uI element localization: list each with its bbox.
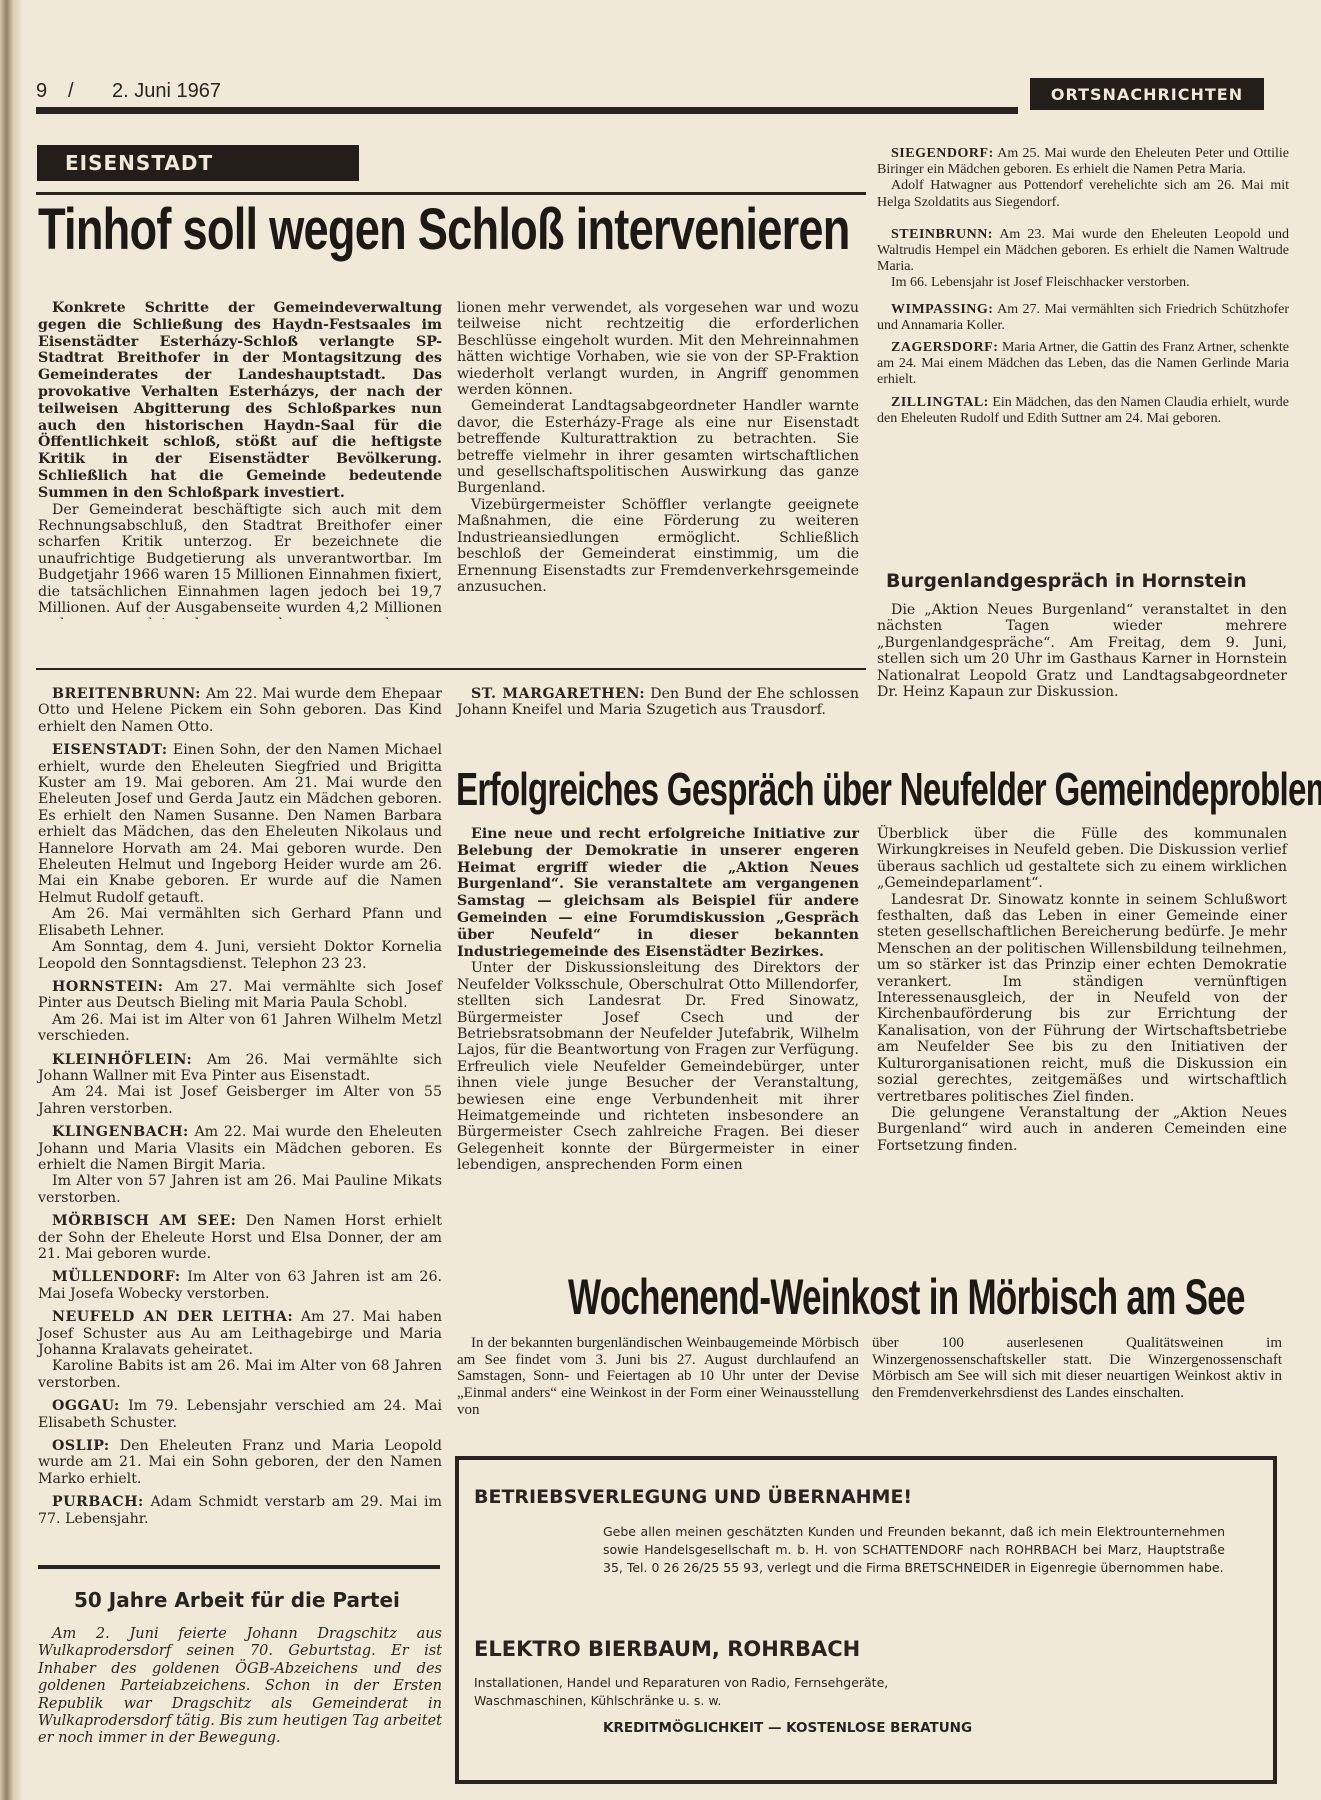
neufeld-paragraph: Landesrat Dr. Sinowatz konnte in seinem …	[877, 892, 1287, 1105]
news-item-st-margarethen: ST. MARGARETHEN: Den Bund der Ehe schlos…	[457, 686, 859, 719]
weinkost-paragraph: In der bekannten burgenländischen Weinba…	[457, 1335, 859, 1419]
header-rule	[36, 107, 1018, 114]
news-item-siegendorf: SIEGENDORF: Am 25. Mai wurde den Eheleut…	[877, 146, 1289, 178]
ad-services-line2: Waschmaschinen, Kühlschränke u. s. w.	[474, 1692, 721, 1710]
issue-date: 2. Juni 1967	[112, 80, 221, 103]
news-item-eisenstadt: EISENSTADT: Einen Sohn, der den Namen Mi…	[38, 742, 442, 906]
news-item-wimpassing: WIMPASSING: Am 27. Mai vermählten sich F…	[877, 302, 1289, 334]
hornstein-article: Die „Aktion Neues Burgenland“ veranstalt…	[877, 602, 1287, 700]
news-item-extra: Im Alter von 57 Jahren ist am 26. Mai Pa…	[38, 1173, 442, 1206]
neufeld-paragraph: Die gelungene Veranstaltung der „Aktion …	[877, 1105, 1287, 1154]
news-item-extra: Am Sonntag, dem 4. Juni, versieht Doktor…	[38, 939, 442, 972]
news-item-extra: Im 66. Lebensjahr ist Josef Fleischhacke…	[877, 275, 1289, 291]
news-item-hornstein: HORNSTEIN: Am 27. Mai vermählte sich Jos…	[38, 979, 442, 1012]
ad-title: BETRIEBSVERLEGUNG UND ÜBERNAHME!	[474, 1486, 912, 1508]
main-headline: Tinhof soll wegen Schloß intervenieren	[38, 196, 850, 263]
neufeld-paragraph: Unter der Diskussionsleitung des Direkto…	[457, 960, 859, 1173]
news-item-muellendorf: MÜLLENDORF: Im Alter von 63 Jahren ist a…	[38, 1269, 442, 1302]
party-article: Am 2. Juni feierte Johann Dragschitz aus…	[38, 1626, 442, 1748]
news-item-purbach: PURBACH: Adam Schmidt verstarb am 29. Ma…	[38, 1494, 442, 1527]
news-item-breitenbrunn: BREITENBRUNN: Am 22. Mai wurde dem Ehepa…	[38, 686, 442, 735]
neufeld-paragraph: Überblick über die Fülle des kommunalen …	[877, 826, 1287, 892]
ad-services-line1: Installationen, Handel und Reparaturen v…	[474, 1674, 888, 1692]
section-label: ORTSNACHRICHTEN	[1030, 78, 1264, 110]
main-article-col1: Konkrete Schritte der Gemeindeverwaltung…	[38, 300, 442, 619]
news-item-steinbrunn: STEINBRUNN: Am 23. Mai wurde den Eheleut…	[877, 227, 1289, 276]
weinkost-paragraph: über 100 auserlesenen Qualitätsweinen im…	[872, 1335, 1282, 1402]
neufeld-headline: Erfolgreiches Gespräch über Neufelder Ge…	[456, 762, 1321, 816]
hornstein-text: Die „Aktion Neues Burgenland“ veranstalt…	[877, 602, 1287, 700]
weinkost-col2: über 100 auserlesenen Qualitätsweinen im…	[872, 1335, 1282, 1402]
neufeld-lead: Eine neue und recht erfolgreiche Initiat…	[457, 826, 859, 960]
news-item-kleinhoeflein: KLEINHÖFLEIN: Am 26. Mai vermählte sich …	[38, 1052, 442, 1085]
page-number: 9	[36, 80, 47, 103]
ad-footer: KREDITMÖGLICHKEIT — KOSTENLOSE BERATUNG	[603, 1720, 972, 1736]
neufeld-article-col1: Eine neue und recht erfolgreiche Initiat…	[457, 826, 859, 1174]
party-headline: 50 Jahre Arbeit für die Partei	[74, 1588, 400, 1612]
news-item-moerbisch: MÖRBISCH AM SEE: Den Namen Horst erhielt…	[38, 1213, 442, 1262]
ad-company-name: ELEKTRO BIERBAUM, ROHRBACH	[474, 1637, 860, 1661]
news-item-extra: Am 24. Mai ist Josef Geisberger im Alter…	[38, 1084, 442, 1117]
news-item-zagersdorf: ZAGERSDORF: Maria Artner, die Gattin des…	[877, 340, 1289, 389]
weinkost-headline: Wochenend-Weinkost in Mörbisch am See	[568, 1268, 1245, 1326]
news-item-oggau: OGGAU: Im 79. Lebensjahr verschied am 24…	[38, 1398, 442, 1431]
news-item-extra: Karoline Babits ist am 26. Mai im Alter …	[38, 1358, 442, 1391]
news-item-zillingtal: ZILLINGTAL: Ein Mädchen, das den Namen C…	[877, 395, 1289, 427]
hornstein-headline: Burgenlandgespräch in Hornstein	[886, 570, 1247, 592]
ad-body: Gebe allen meinen geschätzten Kunden und…	[603, 1523, 1225, 1577]
news-item-extra: Am 26. Mai vermählten sich Gerhard Pfann…	[38, 906, 442, 939]
main-article-paragraph: Vizebürgermeister Schöffler verlangte ge…	[457, 497, 859, 595]
neufeld-article-col2: Überblick über die Fülle des kommunalen …	[877, 826, 1287, 1154]
party-text: Am 2. Juni feierte Johann Dragschitz aus…	[38, 1626, 442, 1748]
headline-rule	[36, 192, 866, 195]
section-rule	[38, 1565, 440, 1569]
city-tag: EISENSTADT	[37, 145, 359, 181]
news-item-oslip: OSLIP: Den Eheleuten Franz und Maria Leo…	[38, 1438, 442, 1487]
main-article-paragraph: Gemeinderat Landtagsabgeordneter Handler…	[457, 398, 859, 496]
weinkost-col1: In der bekannten burgenländischen Weinba…	[457, 1335, 859, 1419]
news-item-extra: Am 26. Mai ist im Alter von 61 Jahren Wi…	[38, 1012, 442, 1045]
main-article-paragraph: Der Gemeinderat beschäftigte sich auch m…	[38, 502, 442, 619]
section-rule	[36, 668, 866, 670]
page-spine-shadow	[0, 0, 22, 1800]
news-item-neufeld: NEUFELD AN DER LEITHA: Am 27. Mai haben …	[38, 1309, 442, 1358]
local-news-mid: ST. MARGARETHEN: Den Bund der Ehe schlos…	[457, 686, 859, 719]
main-article-col2: lionen mehr verwendet, als vorgesehen wa…	[457, 300, 859, 595]
local-news-right: SIEGENDORF: Am 25. Mai wurde den Eheleut…	[877, 146, 1289, 427]
main-article-paragraph-cont: lionen mehr verwendet, als vorgesehen wa…	[457, 300, 859, 398]
local-news-left: BREITENBRUNN: Am 22. Mai wurde dem Ehepa…	[38, 686, 442, 1527]
news-item-klingenbach: KLINGENBACH: Am 22. Mai wurde den Eheleu…	[38, 1124, 442, 1173]
main-article-lead: Konkrete Schritte der Gemeindeverwaltung…	[38, 300, 442, 502]
header-separator: /	[68, 80, 74, 103]
news-item-extra: Adolf Hatwagner aus Pottendorf verehelic…	[877, 178, 1289, 210]
